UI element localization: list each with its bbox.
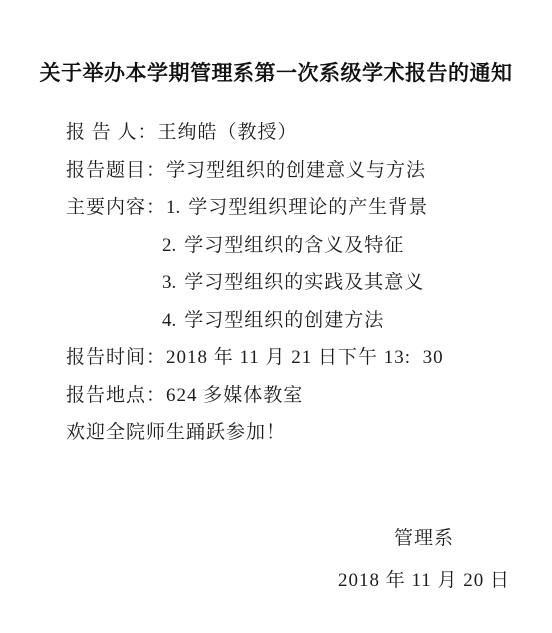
place-value: 624 多媒体教室	[166, 385, 303, 406]
notice-title: 关于举办本学期管理系第一次系级学术报告的通知	[18, 58, 534, 88]
content-line-item-4: 4.学习型组织的创建方法	[66, 302, 552, 340]
topic-value: 学习型组织的创建意义与方法	[166, 160, 426, 181]
speaker-line: 报 告 人：王绚皓（教授）	[66, 114, 552, 152]
content-line-item-3: 3.学习型组织的实践及其意义	[66, 264, 552, 302]
notice-body: 报 告 人：王绚皓（教授） 报告题目：学习型组织的创建意义与方法 主要内容：1.…	[0, 114, 552, 452]
content-label: 主要内容：	[66, 197, 166, 218]
content-item-4-text: 学习型组织的创建方法	[184, 310, 384, 331]
welcome-line: 欢迎全院师生踊跃参加！	[66, 414, 552, 452]
content-item-1-text: 学习型组织理论的产生背景	[188, 197, 428, 218]
content-item-3-number: 3.	[162, 272, 176, 293]
content-item-2-number: 2.	[162, 235, 176, 256]
place-line: 报告地点：624 多媒体教室	[66, 377, 552, 415]
topic-line: 报告题目：学习型组织的创建意义与方法	[66, 152, 552, 190]
signature-department: 管理系	[294, 518, 552, 560]
content-line-item-1: 主要内容：1.学习型组织理论的产生背景	[66, 189, 552, 227]
content-item-4-number: 4.	[162, 310, 176, 331]
topic-label: 报告题目：	[66, 160, 166, 181]
welcome-text: 欢迎全院师生踊跃参加！	[66, 422, 286, 443]
time-line: 报告时间：2018 年 11 月 21 日下午 13: 30	[66, 339, 552, 377]
signature-block: 管理系 2018 年 11 月 20 日	[294, 518, 552, 602]
content-line-item-2: 2.学习型组织的含义及特征	[66, 227, 552, 265]
place-label: 报告地点：	[66, 385, 166, 406]
time-value: 2018 年 11 月 21 日下午 13: 30	[166, 347, 444, 368]
signature-date: 2018 年 11 月 20 日	[294, 560, 552, 602]
speaker-label: 报 告 人：	[66, 122, 158, 143]
time-label: 报告时间：	[66, 347, 166, 368]
content-item-1-number: 1.	[166, 197, 180, 218]
speaker-value: 王绚皓（教授）	[158, 122, 298, 143]
content-item-3-text: 学习型组织的实践及其意义	[184, 272, 424, 293]
notice-page: 关于举办本学期管理系第一次系级学术报告的通知 报 告 人：王绚皓（教授） 报告题…	[0, 0, 552, 633]
content-item-2-text: 学习型组织的含义及特征	[184, 235, 404, 256]
